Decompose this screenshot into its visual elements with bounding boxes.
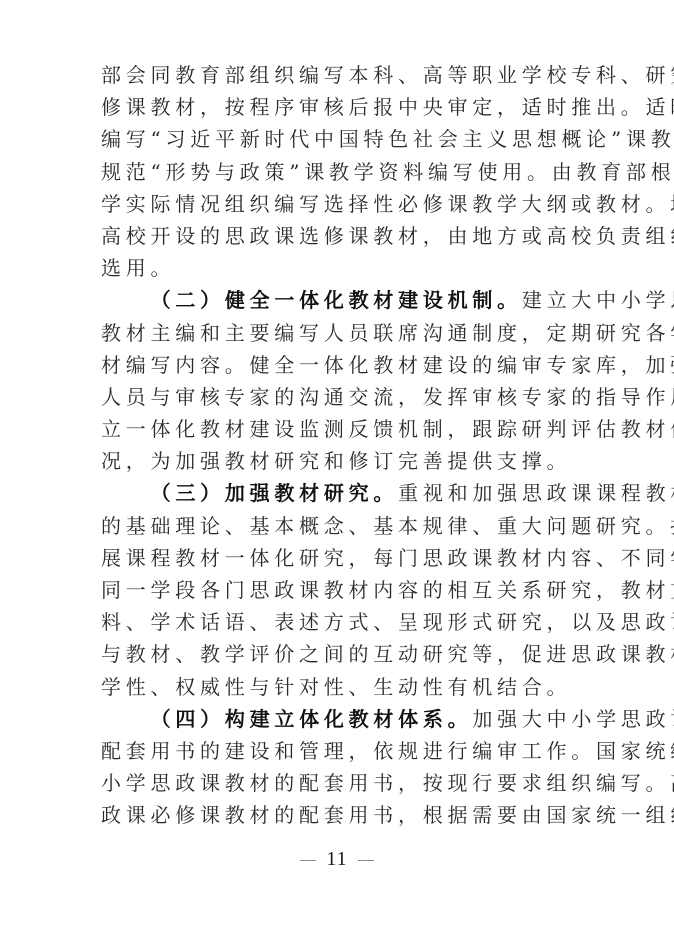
text-line: 编写“习近平新时代中国特色社会主义思想概论”课教材， [101, 123, 576, 155]
line-text: 教材主编和主要编写人员联席沟通制度，定期研究各学段教 [101, 321, 674, 345]
section-heading: （二）健全一体化教材建设机制。 [151, 288, 522, 312]
text-line: 政课必修课教材的配套用书，根据需要由国家统一组织编写 [101, 799, 576, 831]
text-line: 学实际情况组织编写选择性必修课教学大纲或教材。地方或 [101, 188, 576, 220]
text-line: 小学思政课教材的配套用书，按现行要求组织编写。高校思 [101, 767, 576, 799]
line-text: 展课程教材一体化研究，每门思政课教材内容、不同学段及 [101, 546, 674, 570]
section-2-first-line: （二）健全一体化教材建设机制。建立大中小学思政课 [101, 284, 576, 316]
line-text: 选用。 [101, 256, 175, 280]
line-text: 政课必修课教材的配套用书，根据需要由国家统一组织编写 [101, 803, 674, 827]
section-3-first-line: （三）加强教材研究。重视和加强思政课课程教材建设 [101, 477, 576, 509]
text-line: 规范“形势与政策”课教学资料编写使用。由教育部根据教 [101, 156, 576, 188]
text-line: 学性、权威性与针对性、生动性有机结合。 [101, 671, 576, 703]
line-text: 重视和加强思政课课程教材建设 [398, 481, 674, 505]
page-number: 11 [326, 848, 347, 870]
text-line: 人员与审核专家的沟通交流，发挥审核专家的指导作用。建 [101, 381, 576, 413]
text-line: 配套用书的建设和管理，依规进行编审工作。国家统编的中 [101, 735, 576, 767]
left-dash-decoration [300, 860, 316, 862]
text-line: 修课教材，按程序审核后报中央审定，适时推出。适时组织 [101, 91, 576, 123]
text-line: 同一学段各门思政课教材内容的相互关系研究，教材文献资 [101, 574, 576, 606]
line-text: 学性、权威性与针对性、生动性有机结合。 [101, 675, 571, 699]
line-text: 立一体化教材建设监测反馈机制，跟踪研判评估教材使用情 [101, 417, 674, 441]
section-heading: （三）加强教材研究。 [151, 481, 399, 505]
line-text: 人员与审核专家的沟通交流，发挥审核专家的指导作用。建 [101, 385, 674, 409]
line-text: 加强大中小学思政课教材 [472, 707, 674, 731]
text-line: 与教材、教学评价之间的互动研究等，促进思政课教材的科 [101, 638, 576, 670]
right-dash-decoration [358, 860, 374, 862]
text-line: 高校开设的思政课选修课教材，由地方或高校负责组织审核 [101, 220, 576, 252]
page-footer: 11 [0, 848, 674, 871]
line-text: 高校开设的思政课选修课教材，由地方或高校负责组织审核 [101, 224, 674, 248]
text-line: 部会同教育部组织编写本科、高等职业学校专科、研究生必 [101, 59, 576, 91]
section-heading: （四）构建立体化教材体系。 [151, 707, 473, 731]
line-text: 与教材、教学评价之间的互动研究等，促进思政课教材的科 [101, 642, 674, 666]
document-body: 部会同教育部组织编写本科、高等职业学校专科、研究生必 修课教材，按程序审核后报中… [101, 59, 576, 832]
line-text: 修课教材，按程序审核后报中央审定，适时推出。适时组织 [101, 95, 674, 119]
text-line: 材编写内容。健全一体化教材建设的编审专家库，加强编写 [101, 349, 576, 381]
line-text: 同一学段各门思政课教材内容的相互关系研究，教材文献资 [101, 578, 674, 602]
line-text: 编写“习近平新时代中国特色社会主义思想概论”课教材， [101, 127, 674, 151]
text-line: 况，为加强教材研究和修订完善提供支撑。 [101, 445, 576, 477]
text-line: 教材主编和主要编写人员联席沟通制度，定期研究各学段教 [101, 317, 576, 349]
line-text: 部会同教育部组织编写本科、高等职业学校专科、研究生必 [101, 63, 674, 87]
text-line: 料、学术话语、表述方式、呈现形式研究，以及思政课课程 [101, 606, 576, 638]
section-4-first-line: （四）构建立体化教材体系。加强大中小学思政课教材 [101, 703, 576, 735]
line-text: 规范“形势与政策”课教学资料编写使用。由教育部根据教 [101, 160, 674, 184]
line-text: 的基础理论、基本概念、基本规律、重大问题研究。持续开 [101, 514, 674, 538]
line-text: 况，为加强教材研究和修订完善提供支撑。 [101, 449, 571, 473]
text-line: 展课程教材一体化研究，每门思政课教材内容、不同学段及 [101, 542, 576, 574]
text-line: 立一体化教材建设监测反馈机制，跟踪研判评估教材使用情 [101, 413, 576, 445]
line-text: 小学思政课教材的配套用书，按现行要求组织编写。高校思 [101, 771, 674, 795]
line-text: 料、学术话语、表述方式、呈现形式研究，以及思政课课程 [101, 610, 674, 634]
line-text: 建立大中小学思政课 [522, 288, 674, 312]
line-text: 学实际情况组织编写选择性必修课教学大纲或教材。地方或 [101, 192, 674, 216]
text-line: 的基础理论、基本概念、基本规律、重大问题研究。持续开 [101, 510, 576, 542]
line-text: 材编写内容。健全一体化教材建设的编审专家库，加强编写 [101, 353, 674, 377]
text-line: 选用。 [101, 252, 576, 284]
line-text: 配套用书的建设和管理，依规进行编审工作。国家统编的中 [101, 739, 674, 763]
